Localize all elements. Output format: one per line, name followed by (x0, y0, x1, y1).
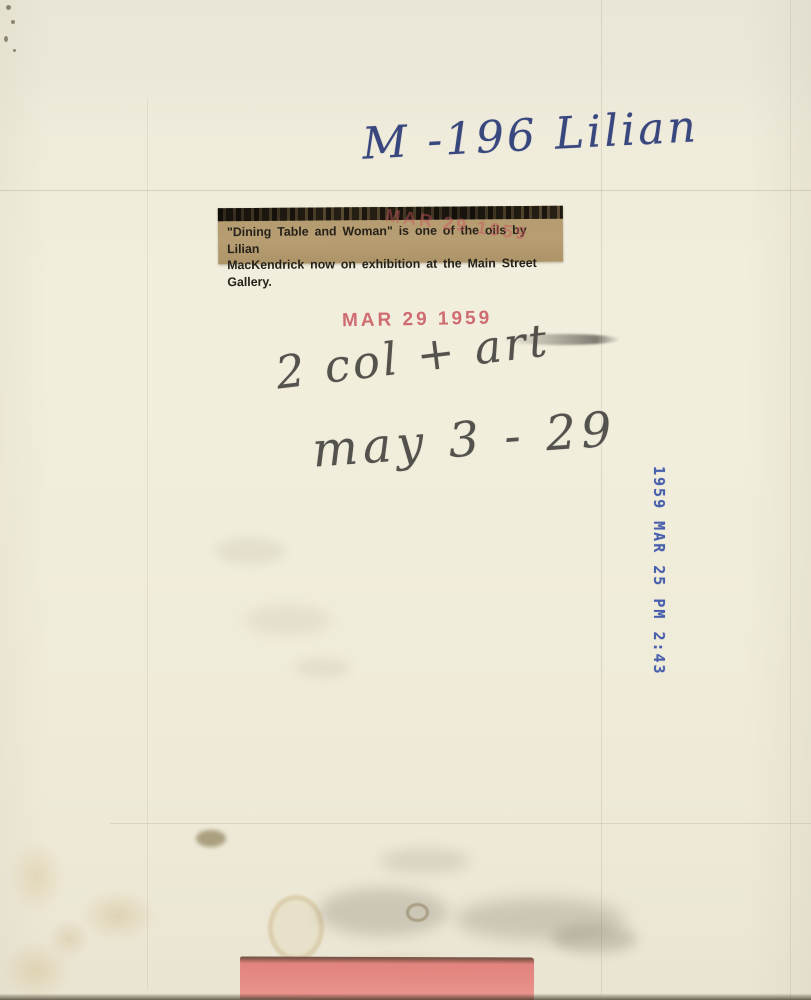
pencil-smudge-streak (502, 334, 620, 345)
paper-speck (4, 36, 8, 42)
crease-line-horizontal-bottom (110, 823, 811, 824)
pencil-note-line2: may 3 - 29 (310, 401, 618, 478)
dark-blot-stain (196, 830, 226, 847)
gray-smudge (318, 888, 448, 936)
smudge-stain (295, 658, 350, 678)
handwritten-id-note: M -196 Lilian (361, 101, 700, 170)
tan-stain (46, 918, 92, 960)
photo-bottom-edge (0, 994, 811, 1000)
paper-speck (6, 5, 11, 10)
smudge-stain (245, 605, 331, 635)
gray-smudge (380, 848, 470, 874)
crease-line-vertical-left (147, 100, 148, 990)
ring-stain (268, 895, 324, 961)
paper-speck (13, 49, 16, 52)
photo-back-scan: M -196 Lilian "Dining Table and Woman" i… (0, 0, 811, 1000)
clipping-caption-line2: MacKendrick now on exhibition at the Mai… (227, 255, 554, 290)
news-clipping: "Dining Table and Woman" is one of the o… (218, 206, 563, 264)
tan-stain (8, 838, 66, 916)
paper-speck (11, 20, 15, 24)
crease-line-vertical-right (790, 0, 791, 1000)
smudge-stain (215, 538, 285, 564)
blue-timestamp-stamp: 1959 MAR 25 PM 2:43 (650, 466, 668, 676)
gray-smudge (552, 925, 637, 953)
crease-line-horizontal-top (0, 190, 811, 191)
